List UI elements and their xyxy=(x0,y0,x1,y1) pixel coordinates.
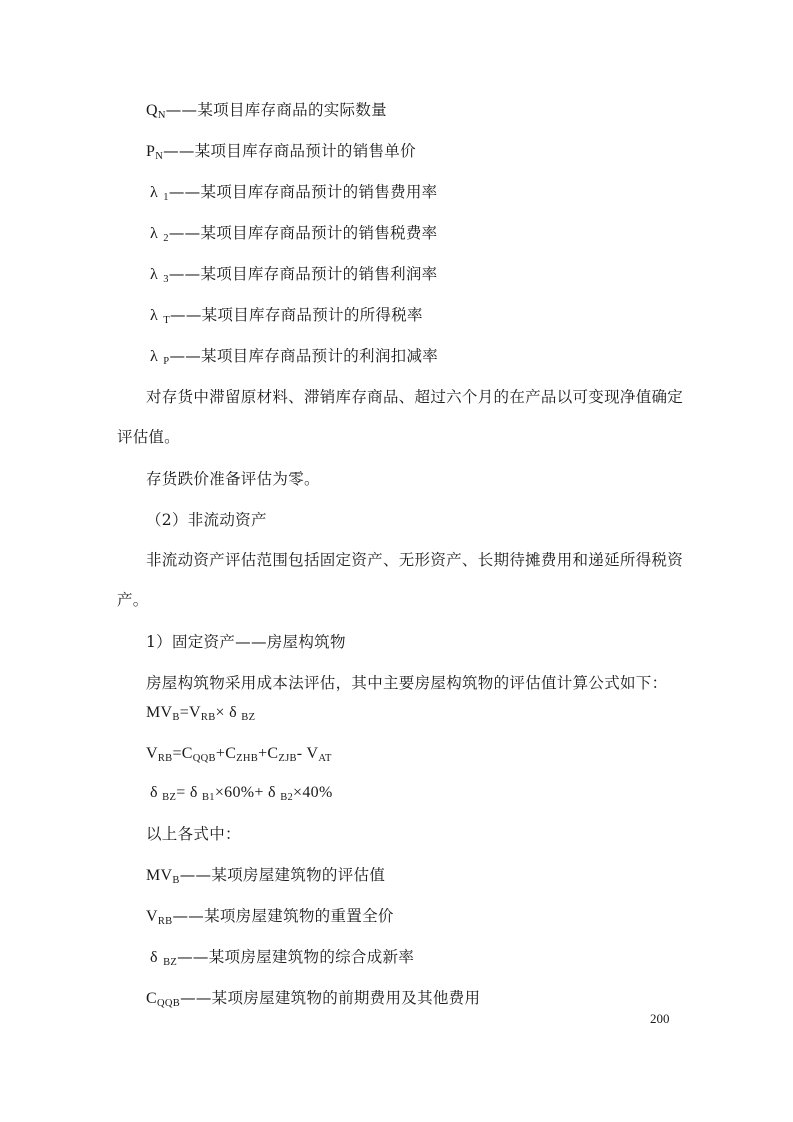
definition-delta-bz: δ BZ——某项房屋建筑物的综合成新率 xyxy=(150,947,414,968)
document-page: QN——某项目库存商品的实际数量 PN——某项目库存商品预计的销售单价 λ 1—… xyxy=(0,0,793,1122)
definition-qn: QN——某项目库存商品的实际数量 xyxy=(146,100,387,121)
formula-mvb: MVB=VRB× δ BZ xyxy=(146,703,255,723)
formula-delta-bz: δ BZ= δ B1×60%+ δ B2×40% xyxy=(150,783,333,803)
definition-cqqb: CQQB——某项房屋建筑物的前期费用及其他费用 xyxy=(146,988,480,1009)
definition-mvb: MVB——某项房屋建筑物的评估值 xyxy=(146,865,385,886)
definition-lambda-3: λ 3——某项目库存商品预计的销售利润率 xyxy=(150,264,437,285)
definition-lambda-p: λ P——某项目库存商品预计的利润扣减率 xyxy=(150,346,438,367)
paragraph-slow-moving-inventory: 对存货中滞留原材料、滞销库存商品、超过六个月的在产品以可变现净值确定评估值。 xyxy=(117,377,683,457)
paragraph-noncurrent-scope: 非流动资产评估范围包括固定资产、无形资产、长期待摊费用和递延所得税资产。 xyxy=(117,540,683,620)
definition-vrb: VRB——某项房屋建筑物的重置全价 xyxy=(146,906,394,927)
definition-lambda-2: λ 2——某项目库存商品预计的销售税费率 xyxy=(150,223,437,244)
heading-fixed-assets-buildings: 1）固定资产——房屋构筑物 xyxy=(146,632,346,652)
paragraph-impairment: 存货跌价准备评估为零。 xyxy=(146,469,320,489)
definition-lambda-t: λ T——某项目库存商品预计的所得税率 xyxy=(150,305,423,326)
paragraph-cost-method: 房屋构筑物采用成本法评估，其中主要房屋构筑物的评估值计算公式如下： xyxy=(146,673,667,693)
definition-pn: PN——某项目库存商品预计的销售单价 xyxy=(146,141,416,162)
where-label: 以上各式中： xyxy=(146,824,241,844)
definition-lambda-1: λ 1——某项目库存商品预计的销售费用率 xyxy=(150,182,437,203)
formula-vrb: VRB=CQQB+CZHB+CZJB- VAT xyxy=(146,744,332,764)
page-number: 200 xyxy=(650,1011,670,1027)
section-heading-noncurrent-assets: （2）非流动资产 xyxy=(146,510,267,530)
